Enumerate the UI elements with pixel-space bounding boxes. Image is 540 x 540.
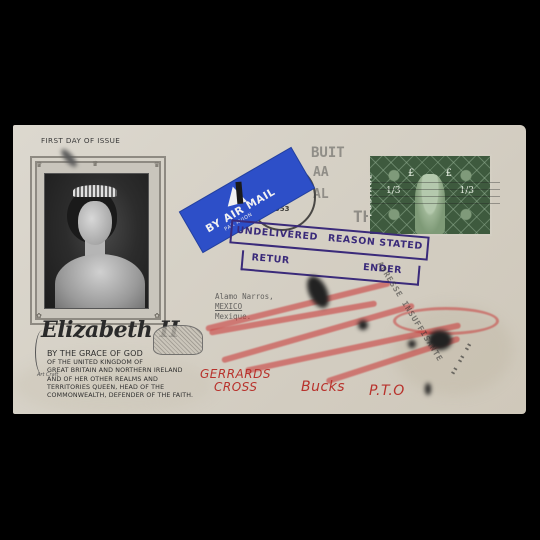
cachet-legend: BY THE GRACE OF GOD OF THE UNITED KINGDO… <box>47 350 193 400</box>
first-day-cover-envelope: FIRST DAY OF ISSUE ♛ ♛ ♛ ✿ ✿ Elizabeth I… <box>13 125 526 414</box>
ink-smudge <box>428 330 452 350</box>
queen-portrait <box>44 173 149 309</box>
pound-sign-icon: £ <box>446 168 452 179</box>
stamp-cancellation <box>370 180 500 210</box>
crown-ornament-icon: ♛ <box>92 160 98 168</box>
tiara-icon <box>73 185 117 197</box>
handwritten-redirect-line1: GERRARDS <box>200 367 271 381</box>
ink-smudge <box>408 340 416 348</box>
ink-smudge <box>425 383 431 395</box>
handwritten-pto: P.T.O <box>369 383 405 399</box>
pound-sign-icon: £ <box>408 168 414 179</box>
publisher-mark: Art Craft <box>37 372 58 378</box>
ink-smudge <box>358 320 368 330</box>
handwritten-redirect-line2: CROSS <box>214 380 257 394</box>
slogan-cancel: AA <box>313 165 329 180</box>
slogan-cancel: BUIT <box>311 145 345 161</box>
handwritten-redirect-line3: Bucks <box>301 379 345 395</box>
crown-ornament-icon: ♛ <box>154 161 160 169</box>
first-day-of-issue-header: FIRST DAY OF ISSUE <box>41 136 120 145</box>
crown-ornament-icon: ♛ <box>36 161 42 169</box>
slogan-cancel: AL <box>313 187 329 202</box>
